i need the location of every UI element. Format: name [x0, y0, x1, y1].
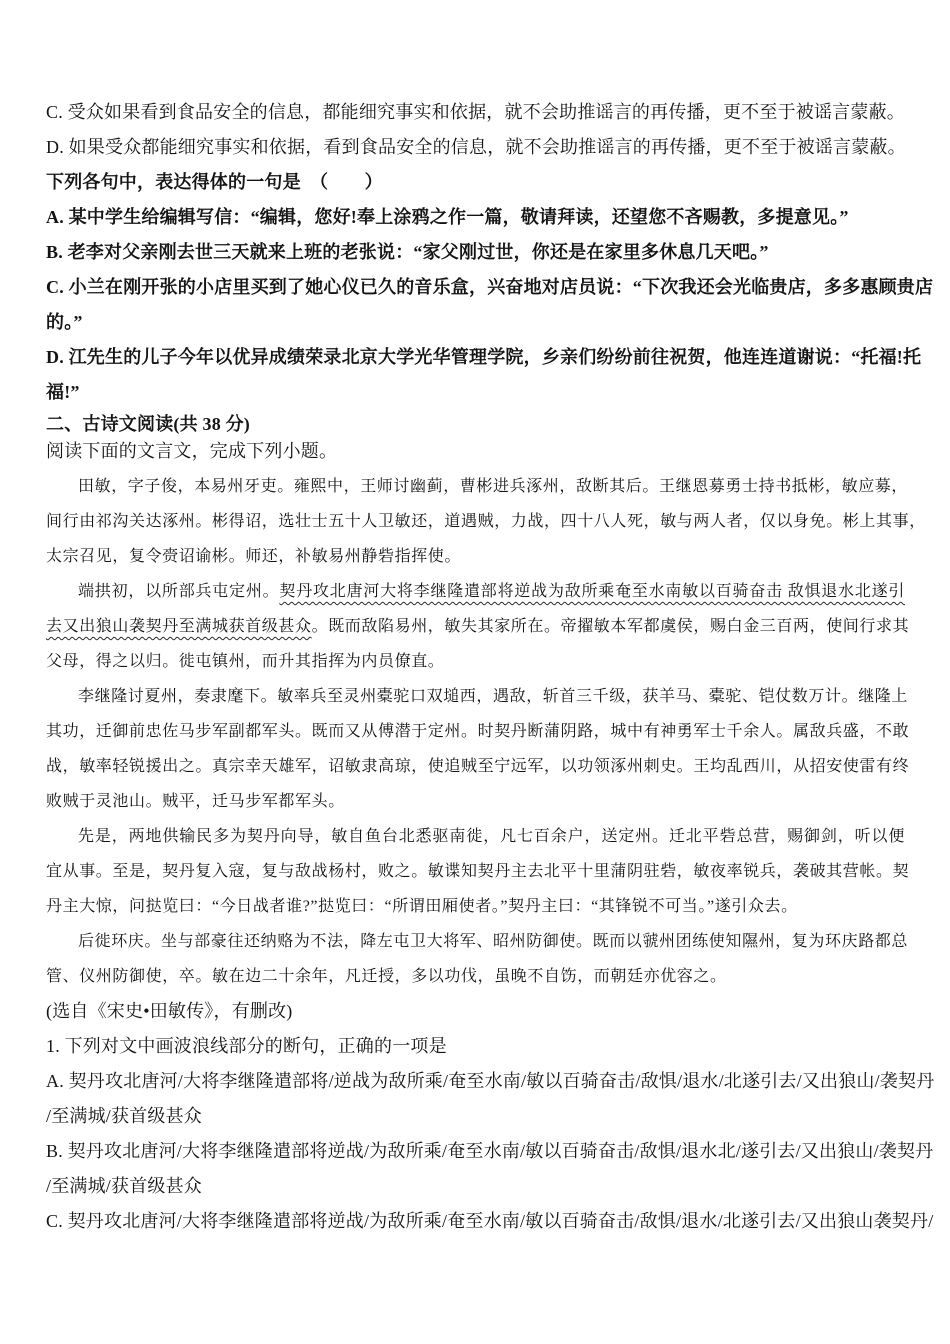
passage-line: 田敏，字子俊，本易州牙吏。雍熙中，王师讨幽蓟，曹彬进兵涿州，敌断其后。王继恩募勇…: [46, 469, 905, 504]
question1-stem: 1. 下列对文中画波浪线部分的断句，正确的一项是: [46, 1029, 905, 1064]
question1-option-a-line2: /至满城/获首级甚众: [46, 1099, 905, 1134]
passage-line: 后徙环庆。坐与部豪往还纳赂为不法，降左屯卫大将军、昭州防御使。既而以虢州团练使知…: [46, 924, 905, 959]
passage-line: 父母，得之以归。徙屯镇州，而升其指挥为内员僚直。: [46, 644, 905, 679]
passage-line: 丹主大惊，问挞览曰：“今日战者谁?”挞览曰：“所谓田厢使者。”契丹主曰：“其锋锐…: [46, 889, 905, 924]
decorum-option-c-line1: C. 小兰在刚开张的小店里买到了她心仪已久的音乐盒，兴奋地对店员说：“下次我还会…: [46, 270, 905, 305]
passage-line: 间行由祁沟关达涿州。彬得诏，选壮士五十人卫敏还，道遇贼，力战，四十八人死，敏与两…: [46, 504, 905, 539]
wavy-underlined-segment: 去又出狼山袭契丹至满城获首级甚众: [46, 618, 312, 635]
decorum-option-c-line2: 的。”: [46, 305, 905, 340]
passage-line: 李继隆讨夏州，奏隶麾下。敏率兵至灵州橐驼口双塠西，遇敌，斩首三千级，获羊马、橐驼…: [46, 679, 905, 714]
passage-segment: 。既而敌陷易州，敏失其家所在。帝擢敏本军都虞侯，赐白金三百两，使间行求其: [312, 618, 910, 635]
decorum-option-d-line2: 福!”: [46, 375, 905, 410]
prev-question-option-d: D. 如果受众都能细究事实和依据，看到食品安全的信息，就不会助推谣言的再传播，更…: [46, 130, 905, 165]
decorum-option-d-line1: D. 江先生的儿子今年以优异成绩荣录北京大学光华管理学院，乡亲们纷纷前往祝贺，他…: [46, 340, 905, 375]
question1-option-b-line2: /至满城/获首级甚众: [46, 1169, 905, 1204]
passage-line: 管、仪州防御使，卒。敏在边二十余年，凡迁授，多以功伐，虽晚不自饬，而朝廷亦优容之…: [46, 959, 905, 994]
passage-intro: 阅读下面的文言文，完成下列小题。: [46, 434, 905, 469]
passage-line-with-wavy: 端拱初，以所部兵屯定州。契丹攻北唐河大将李继隆遣部将逆战为敌所乘奄至水南敏以百骑…: [46, 574, 905, 609]
passage-line-with-wavy: 去又出狼山袭契丹至满城获首级甚众。既而敌陷易州，敏失其家所在。帝擢敏本军都虞侯，…: [46, 609, 905, 644]
passage-source: (选自《宋史•田敏传》，有删改): [46, 994, 905, 1029]
question1-option-a-line1: A. 契丹攻北唐河/大将李继隆遣部将/逆战为敌所乘/奄至水南/敏以百骑奋击/敌惧…: [46, 1064, 905, 1099]
question1-option-c-line1: C. 契丹攻北唐河/大将李继隆遣部将逆战/为敌所乘/奄至水南/敏以百骑奋击/敌惧…: [46, 1204, 905, 1239]
passage-line: 太宗召见，复令赍诏谕彬。师还，补敏易州静砦指挥使。: [46, 539, 905, 574]
passage-line: 先是，两地供输民多为契丹向导，敏自鱼台北悉驱南徙，凡七百余户，送定州。迁北平砦总…: [46, 819, 905, 854]
decorum-option-a: A. 某中学生给编辑写信：“编辑，您好!奉上涂鸦之作一篇，敬请拜读，还望您不吝赐…: [46, 200, 905, 235]
prev-question-option-c: C. 受众如果看到食品安全的信息，都能细究事实和依据，就不会助推谣言的再传播，更…: [46, 95, 905, 130]
decorum-question-stem: 下列各句中，表达得体的一句是 （ ）: [46, 165, 905, 200]
passage-segment: 端拱初，以所部兵屯定州。: [78, 583, 279, 600]
question1-option-b-line1: B. 契丹攻北唐河/大将李继隆遣部将逆战/为敌所乘/奄至水南/敏以百骑奋击/敌惧…: [46, 1134, 905, 1169]
wavy-underlined-segment: 契丹攻北唐河大将李继隆遣部将逆战为敌所乘奄至水南敏以百骑奋击 敌惧退水北遂引: [279, 583, 905, 600]
passage-line: 战，敏率轻锐援出之。真宗幸天雄军，诏敏隶高琼，使追贼至宁远军，以功领涿州刺史。王…: [46, 749, 905, 784]
decorum-option-b: B. 老李对父亲刚去世三天就来上班的老张说：“家父刚过世，你还是在家里多休息几天…: [46, 235, 905, 270]
exam-page: C. 受众如果看到食品安全的信息，都能细究事实和依据，就不会助推谣言的再传播，更…: [0, 0, 950, 1344]
passage-line: 宜从事。至是，契丹复入寇，复与敌战杨村，败之。敏谍知契丹主去北平十里蒲阴驻砦，敏…: [46, 854, 905, 889]
passage-line: 其功，迁御前忠佐马步军副都军头。既而又从傅潜于定州。时契丹断蒲阴路，城中有神勇军…: [46, 714, 905, 749]
passage-line: 败贼于灵池山。贼平，迁马步军都军头。: [46, 784, 905, 819]
